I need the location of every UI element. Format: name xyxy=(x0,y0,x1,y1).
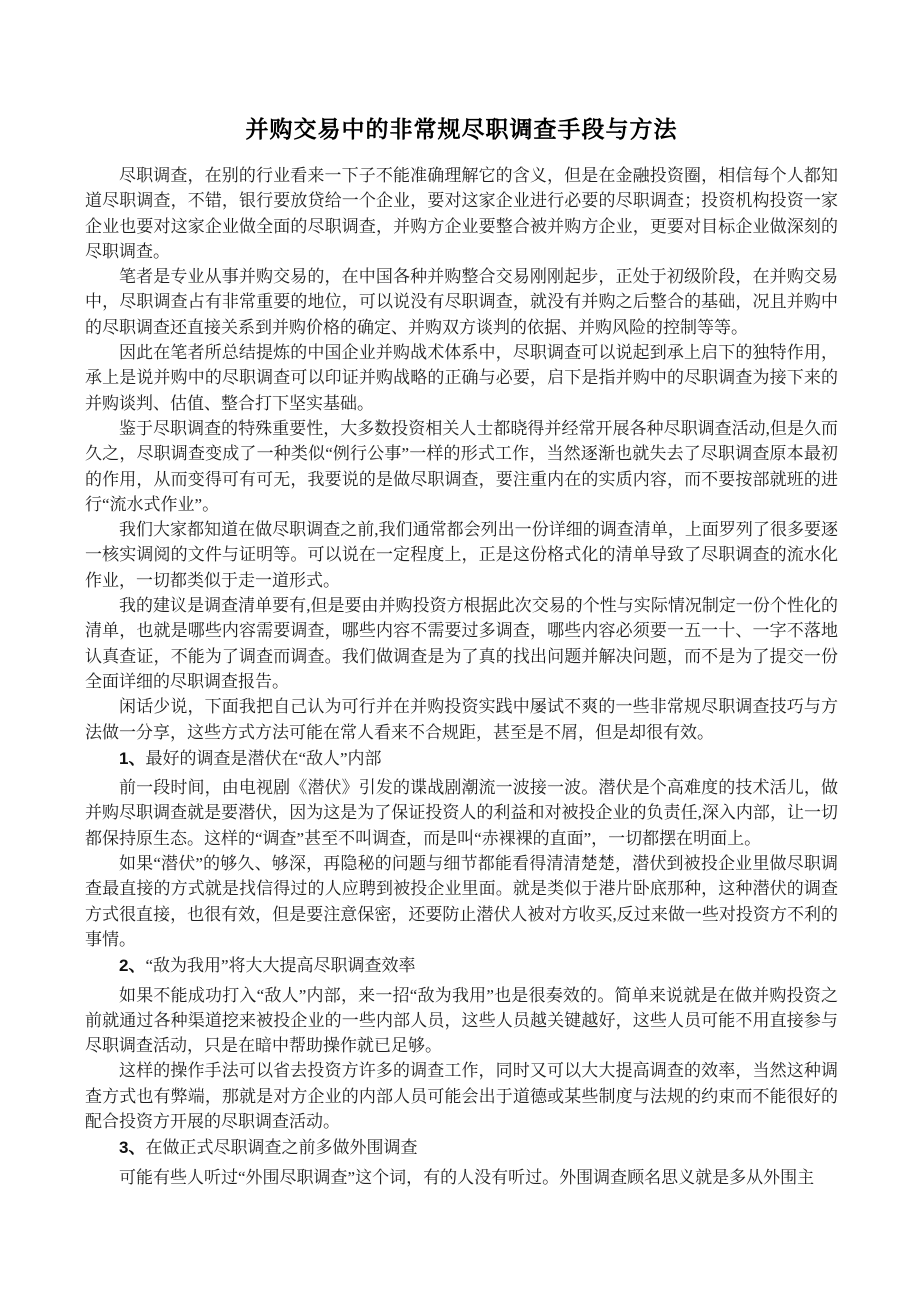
section-title-2: “敌为我用”将大大提高尽职调查效率 xyxy=(145,956,415,975)
section-number-2: 2、 xyxy=(119,956,145,975)
paragraph-section1-2: 如果“潜伏”的够久、够深，再隐秘的问题与细节都能看得清清楚楚，潜伏到被投企业里做… xyxy=(85,851,838,952)
document-page: 并购交易中的非常规尽职调查手段与方法 尽职调查，在别的行业看来一下子不能准确理解… xyxy=(0,0,920,1301)
paragraph-transition: 闲话少说，下面我把自己认为可行并在并购投资实践中屡试不爽的一些非常规尽职调查技巧… xyxy=(85,694,838,745)
paragraph-intro-3: 因此在笔者所总结提炼的中国企业并购战术体系中，尽职调查可以说起到承上启下的独特作… xyxy=(85,340,838,416)
paragraph-checklist-1: 我们大家都知道在做尽职调查之前,我们通常都会列出一份详细的调查清单，上面罗列了很… xyxy=(85,517,838,593)
paragraph-section1-1: 前一段时间，由电视剧《潜伏》引发的谍战剧潮流一波接一波。潜伏是个高难度的技术活儿… xyxy=(85,775,838,851)
paragraph-checklist-2: 我的建议是调查清单要有,但是要由并购投资方根据此次交易的个性与实际情况制定一份个… xyxy=(85,593,838,694)
section-heading-1: 1、最好的调查是潜伏在“敌人”内部 xyxy=(85,746,838,771)
section-heading-3: 3、在做正式尽职调查之前多做外围调查 xyxy=(85,1135,838,1160)
paragraph-section3-1: 可能有些人听过“外围尽职调查”这个词，有的人没有听过。外围调查顾名思义就是多从外… xyxy=(85,1165,838,1190)
paragraph-intro-1: 尽职调查，在别的行业看来一下子不能准确理解它的含义，但是在金融投资圈，相信每个人… xyxy=(85,163,838,264)
section-title-3: 在做正式尽职调查之前多做外围调查 xyxy=(145,1138,417,1157)
paragraph-section2-1: 如果不能成功打入“敌人”内部，来一招“敌为我用”也是很奏效的。简单来说就是在做并… xyxy=(85,983,838,1059)
paragraph-section2-2: 这样的操作手法可以省去投资方许多的调查工作，同时又可以大大提高调查的效率，当然这… xyxy=(85,1058,838,1134)
section-number-3: 3、 xyxy=(119,1138,145,1157)
section-number-1: 1、 xyxy=(119,749,145,768)
section-title-1: 最好的调查是潜伏在“敌人”内部 xyxy=(145,749,381,768)
paragraph-intro-4: 鉴于尽职调查的特殊重要性，大多数投资相关人士都晓得并经常开展各种尽职调查活动,但… xyxy=(85,416,838,517)
document-title: 并购交易中的非常规尽职调查手段与方法 xyxy=(85,112,838,146)
paragraph-intro-2: 笔者是专业从事并购交易的，在中国各种并购整合交易刚刚起步，正处于初级阶段，在并购… xyxy=(85,264,838,340)
section-heading-2: 2、“敌为我用”将大大提高尽职调查效率 xyxy=(85,953,838,978)
